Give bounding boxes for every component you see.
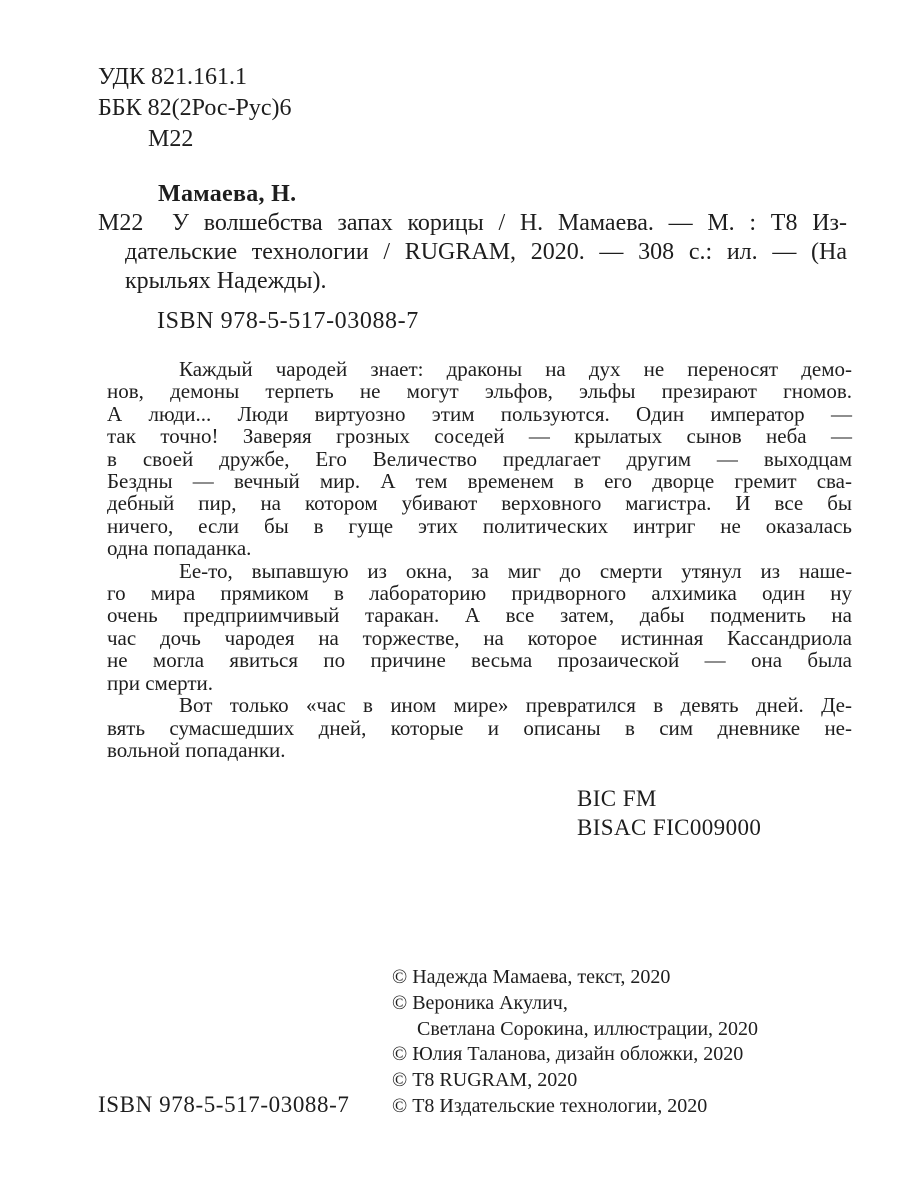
isbn-bottom: ISBN 978-5-517-03088-7 xyxy=(98,1092,350,1118)
text-line: нов, демоны терпеть не могут эльфов, эль… xyxy=(107,380,852,402)
text-line: © Вероника Акулич, xyxy=(392,991,758,1017)
author-heading: Мамаева, Н. xyxy=(158,180,850,209)
text-line: го мира прямиком в лабораторию придворно… xyxy=(107,582,852,604)
text-line: так точно! Заверяя грозных соседей — кры… xyxy=(107,425,852,447)
annotation-paragraph: Каждый чародей знает: драконы на дух не … xyxy=(107,358,852,560)
text-line: Ее-то, выпавшую из окна, за миг до смерт… xyxy=(107,560,852,582)
text-line: Светлана Сорокина, иллюстрации, 2020 xyxy=(392,1017,758,1043)
text-line: © Юлия Таланова, дизайн обложки, 2020 xyxy=(392,1042,758,1068)
catalog-hanging-code: М22 xyxy=(98,209,143,238)
annotation-text: Каждый чародей знает: драконы на дух не … xyxy=(107,358,852,761)
text-line: не могла явиться по причине весьма проза… xyxy=(107,649,852,671)
catalog-entry: Мамаева, Н. М22 У волшебства запах кориц… xyxy=(98,180,850,296)
text-line: крыльях Надежды). xyxy=(125,267,847,296)
text-line: А люди... Люди виртуозно этим пользуются… xyxy=(107,403,852,425)
text-line: Каждый чародей знает: драконы на дух не … xyxy=(107,358,852,380)
text-line: УДК 821.161.1 xyxy=(98,62,292,93)
copyright-block: © Надежда Мамаева, текст, 2020© Вероника… xyxy=(392,965,758,1120)
text-line: Вот только «час в ином мире» превратился… xyxy=(107,694,852,716)
bibliographic-record: У волшебства запах корицы / Н. Мамаева. … xyxy=(125,209,847,296)
cataloguing-codes: УДК 821.161.1ББК 82(2Рос-Рус)6М22 xyxy=(98,62,292,155)
book-imprint-page: УДК 821.161.1ББК 82(2Рос-Рус)6М22 Мамаев… xyxy=(0,0,900,1200)
text-line: при смерти. xyxy=(107,672,852,694)
text-line: © Т8 RUGRAM, 2020 xyxy=(392,1068,758,1094)
text-line: М22 xyxy=(98,124,292,155)
text-line: ничего, если бы в гуще этих политических… xyxy=(107,515,852,537)
text-line: одна попаданка. xyxy=(107,537,852,559)
text-line: © Т8 Издательские технологии, 2020 xyxy=(392,1094,758,1120)
text-line: вольной попаданки. xyxy=(107,739,852,761)
text-line: У волшебства запах корицы / Н. Мамаева. … xyxy=(125,209,847,238)
bic-code: BIC FM xyxy=(577,784,761,813)
text-line: ББК 82(2Рос-Рус)6 xyxy=(98,93,292,124)
catalog-record-body: М22 У волшебства запах корицы / Н. Мамае… xyxy=(98,209,850,296)
text-line: вять сумасшедших дней, которые и описаны… xyxy=(107,717,852,739)
text-line: очень предприимчивый таракан. А все зате… xyxy=(107,604,852,626)
text-line: в своей дружбе, Его Величество предлагае… xyxy=(107,448,852,470)
text-line: дательские технологии / RUGRAM, 2020. — … xyxy=(125,238,847,267)
isbn-top: ISBN 978-5-517-03088-7 xyxy=(157,308,419,335)
annotation-paragraph: Ее-то, выпавшую из окна, за миг до смерт… xyxy=(107,560,852,694)
annotation-paragraph: Вот только «час в ином мире» превратился… xyxy=(107,694,852,761)
text-line: © Надежда Мамаева, текст, 2020 xyxy=(392,965,758,991)
text-line: дебный пир, на котором убивают верховног… xyxy=(107,492,852,514)
text-line: Бездны — вечный мир. А тем временем в ег… xyxy=(107,470,852,492)
bisac-code: BISAC FIC009000 xyxy=(577,813,761,842)
text-line: час дочь чародея на торжестве, на которо… xyxy=(107,627,852,649)
classification-codes: BIC FM BISAC FIC009000 xyxy=(577,784,761,842)
